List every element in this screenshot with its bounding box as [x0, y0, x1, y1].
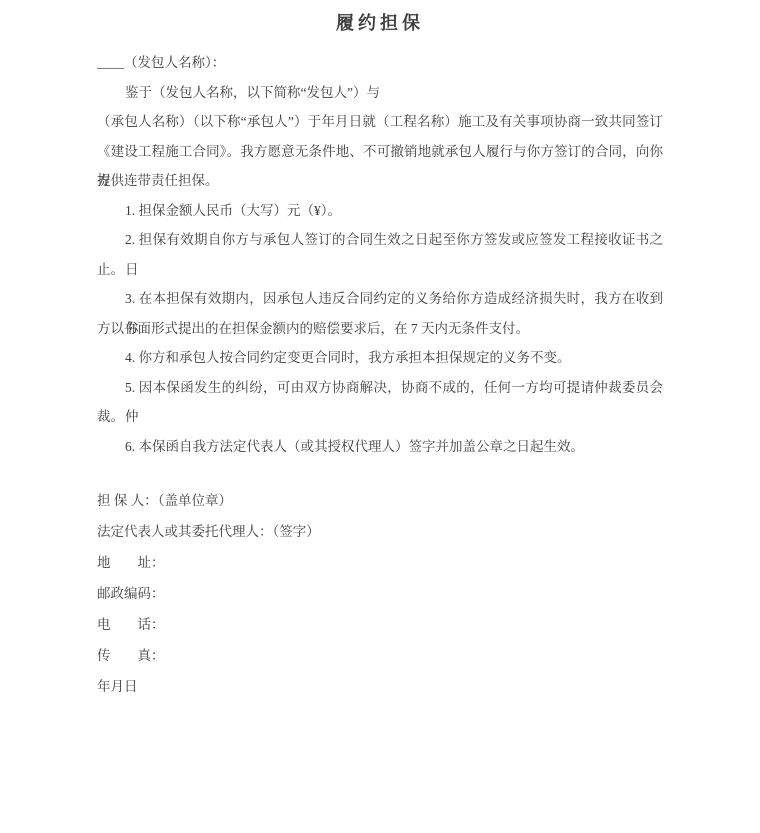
- document-line: 5. 因本保函发生的纠纷，可由双方协商解决，协商不成的，任何一方均可提请仲裁委员…: [97, 373, 663, 403]
- signature-line: 传 真：: [97, 640, 663, 671]
- document-line: 鉴于（发包人名称，以下简称“发包人”）与: [97, 78, 663, 108]
- signature-line: 电 话：: [97, 609, 663, 640]
- document-line: 1. 担保金额人民币（大写）元（¥）。: [97, 196, 663, 226]
- document-line: 3. 在本担保有效期内，因承包人违反合同约定的义务给你方造成经济损失时，我方在收…: [97, 284, 663, 314]
- document-line: ____（发包人名称）：: [97, 48, 663, 78]
- signature-block: 担 保 人：（盖单位章）法定代表人或其委托代理人：（签字）地 址：邮政编码：电 …: [97, 485, 663, 702]
- document-line: 《建设工程施工合同》。我方愿意无条件地、不可撤销地就承包人履行与你方签订的合同，…: [97, 137, 663, 167]
- signature-line: 法定代表人或其委托代理人：（签字）: [97, 516, 663, 547]
- document-line: 裁。: [97, 402, 663, 432]
- document-content: 履约担保 ____（发包人名称）：鉴于（发包人名称，以下简称“发包人”）与（承包…: [97, 8, 663, 702]
- document-line: 提供连带责任担保。: [97, 166, 663, 196]
- signature-line: 地 址：: [97, 547, 663, 578]
- document-line: 4. 你方和承包人按合同约定变更合同时，我方承担本担保规定的义务不变。: [97, 343, 663, 373]
- signature-line: 年月日: [97, 671, 663, 702]
- document-body: ____（发包人名称）：鉴于（发包人名称，以下简称“发包人”）与（承包人名称）（…: [97, 48, 663, 461]
- document-line: 方以书面形式提出的在担保金额内的赔偿要求后，在 7 天内无条件支付。: [97, 314, 663, 344]
- document-line: 6. 本保函自我方法定代表人（或其授权代理人）签字并加盖公章之日起生效。: [97, 432, 663, 462]
- document-title: 履约担保: [97, 8, 663, 38]
- document-line: （承包人名称）（以下称“承包人”）于年月日就（工程名称）施工及有关事项协商一致共…: [97, 107, 663, 137]
- document-page: 履约担保 ____（发包人名称）：鉴于（发包人名称，以下简称“发包人”）与（承包…: [0, 0, 760, 833]
- signature-line: 邮政编码：: [97, 578, 663, 609]
- signature-line: 担 保 人：（盖单位章）: [97, 485, 663, 516]
- document-line: 2. 担保有效期自你方与承包人签订的合同生效之日起至你方签发或应签发工程接收证书…: [97, 225, 663, 255]
- document-line: 止。: [97, 255, 663, 285]
